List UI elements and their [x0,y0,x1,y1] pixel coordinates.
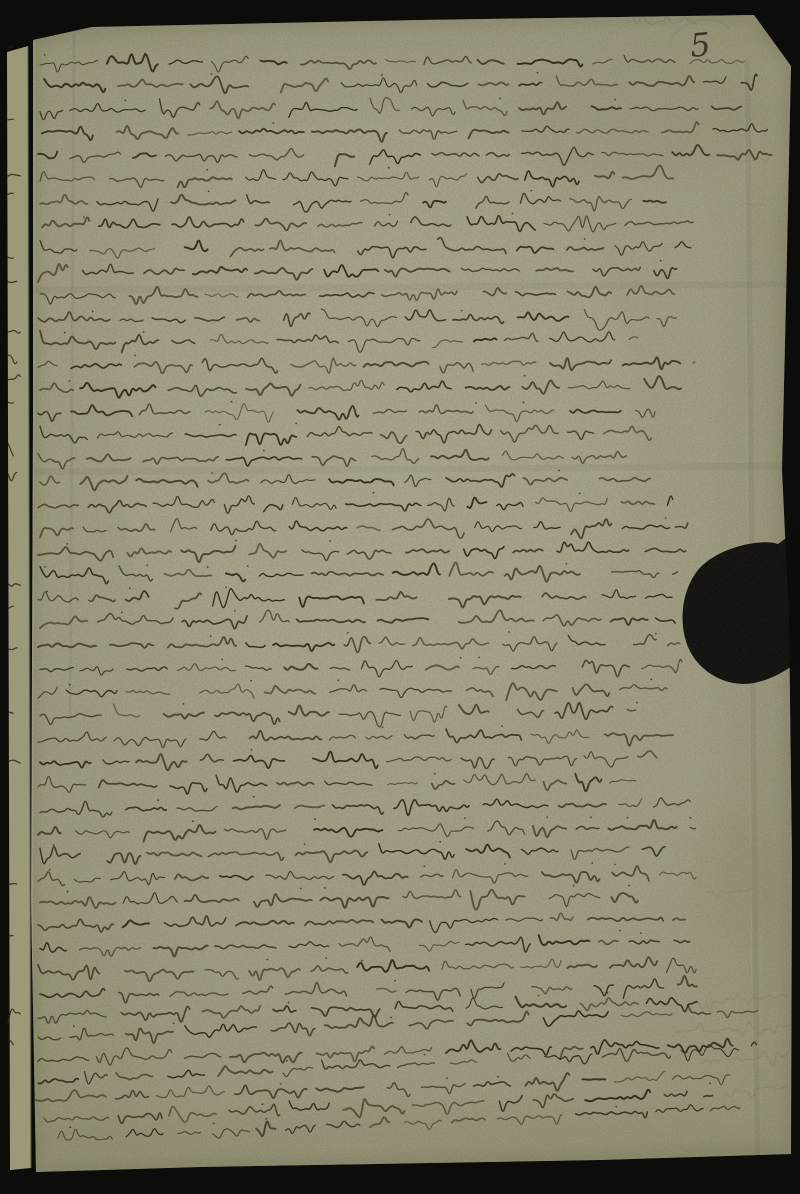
paper-grain [0,0,800,1194]
scanned-letter: 5 [0,0,800,1194]
scan-viewport: 5 [0,0,800,1194]
adjacent-page-edge [7,46,31,1170]
